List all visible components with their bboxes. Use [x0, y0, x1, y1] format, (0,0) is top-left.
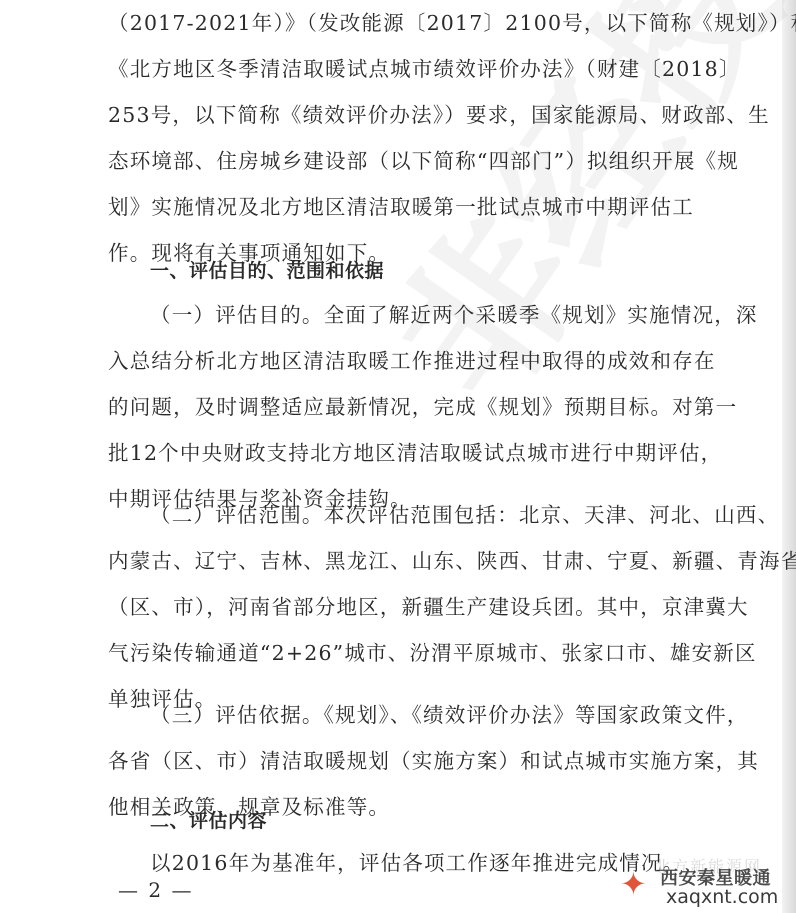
text-line: 内蒙古、辽宁、吉林、黑龙江、山东、陕西、甘肃、宁夏、新疆、青海省 [108, 546, 682, 576]
text-line: 入总结分析北方地区清洁取暖工作推进过程中取得的成效和存在 [108, 346, 682, 376]
page-edge-shadow [782, 0, 796, 913]
text-line: （区、市），河南省部分地区，新疆生产建设兵团。其中，京津冀大 [108, 592, 682, 622]
text-line: 253号，以下简称《绩效评价办法》）要求，国家能源局、财政部、生 [108, 100, 682, 130]
text-line: （三）评估依据。《规划》、《绩效评价办法》等国家政策文件， [150, 700, 682, 730]
text-line: 以2016年为基准年，评估各项工作逐年推进完成情况。 [150, 848, 682, 878]
text-line: （一）评估目的。全面了解近两个采暖季《规划》实施情况，深 [150, 300, 682, 330]
logo-url: xaqxnt.com [666, 886, 778, 908]
text-line: 的问题，及时调整适应最新情况，完成《规划》预期目标。对第一 [108, 392, 682, 422]
text-line: 气污染传输通道“2+26”城市、汾渭平原城市、张家口市、雄安新区 [108, 638, 682, 668]
page-number: — 2 — [118, 878, 193, 902]
text-line: 各省（区、市）清洁取暖规划（实施方案）和试点城市实施方案，其 [108, 746, 682, 776]
section-heading: 一、评估目的、范围和依据 [150, 256, 682, 286]
section-heading: 二、评估内容 [150, 806, 682, 836]
text-line: 划》实施情况及北方地区清洁取暖第一批试点城市中期评估工 [108, 192, 682, 222]
text-line: （2017-2021年）》（发改能源〔2017〕2100号，以下简称《规划》）和 [108, 8, 682, 38]
site-logo-watermark: 北方新能源网 ✦ 西安秦星暖通 xaqxnt.com [620, 860, 790, 910]
logo-mark-icon: ✦ [620, 864, 656, 904]
text-line: 《北方地区冬季清洁取暖试点城市绩效评价办法》（财建〔2018〕 [108, 54, 682, 84]
text-line: 态环境部、住房城乡建设部（以下简称“四部门”）拟组织开展《规 [108, 146, 682, 176]
text-line: （二）评估范围。本次评估范围包括：北京、天津、河北、山西、 [150, 500, 682, 530]
text-line: 批12个中央财政支持北方地区清洁取暖试点城市进行中期评估， [108, 438, 682, 468]
